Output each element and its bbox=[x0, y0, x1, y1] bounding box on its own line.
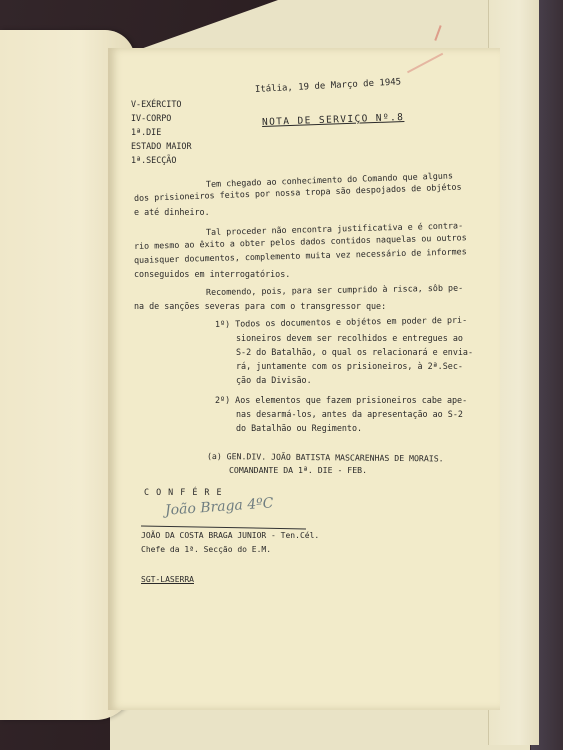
document-text: Itália, 19 de Março de 1945 V-EXÉRCITO I… bbox=[0, 0, 563, 750]
typist-initials: SGT-LASERRA bbox=[141, 576, 194, 584]
paragraph-line: Recomendo, pois, para ser cumprido à ris… bbox=[206, 284, 463, 297]
paragraph-line: e até dinheiro. bbox=[134, 208, 210, 216]
header-line: 1ª.SECÇÃO bbox=[131, 156, 176, 164]
confere-label: C O N F É R E bbox=[144, 488, 223, 496]
list-item-line: 1º) Todos os documentos e objétos em pod… bbox=[215, 316, 467, 329]
header-line: ESTADO MAIOR bbox=[131, 142, 192, 150]
handwritten-signature: João Braga 4ºC bbox=[165, 496, 274, 518]
paragraph-line: quaisquer documentos, complemento muita … bbox=[134, 247, 467, 264]
list-item-line: do Batalhão ou Regimento. bbox=[236, 424, 362, 432]
list-item-line: S-2 do Batalhão, o qual os relacionará e… bbox=[236, 348, 473, 356]
countersign-line: JOÃO DA COSTA BRAGA JUNIOR - Ten.Cél. bbox=[141, 532, 319, 540]
list-item-line: rá, juntamente com os prisioneiros, à 2ª… bbox=[236, 362, 463, 370]
header-line: V-EXÉRCITO bbox=[131, 100, 181, 108]
signatory-line: (a) GEN.DIV. JOÃO BATISTA MASCARENHAS DE… bbox=[207, 452, 444, 463]
list-item-line: 2º) Aos elementos que fazem prisioneiros… bbox=[215, 396, 467, 404]
countersign-line: Chefe da 1ª. Secção do E.M. bbox=[141, 546, 271, 554]
list-item-line: sioneiros devem ser recolhidos e entregu… bbox=[236, 334, 463, 342]
list-item-line: ção da Divisão. bbox=[236, 376, 312, 384]
list-item-line: nas desarmá-los, antes da apresentação a… bbox=[236, 410, 463, 418]
header-line: 1ª.DIE bbox=[131, 128, 161, 136]
signatory-line: COMANDANTE DA 1ª. DIE - FEB. bbox=[229, 466, 367, 474]
paragraph-line: na de sanções severas para com o transgr… bbox=[134, 302, 386, 310]
document-title: NOTA DE SERVIÇO Nº.8 bbox=[262, 113, 405, 127]
place-date: Itália, 19 de Março de 1945 bbox=[255, 78, 402, 95]
paragraph-line: conseguidos em interrogatórios. bbox=[134, 270, 290, 278]
signature-line bbox=[141, 526, 306, 530]
header-line: IV-CORPO bbox=[131, 114, 171, 122]
